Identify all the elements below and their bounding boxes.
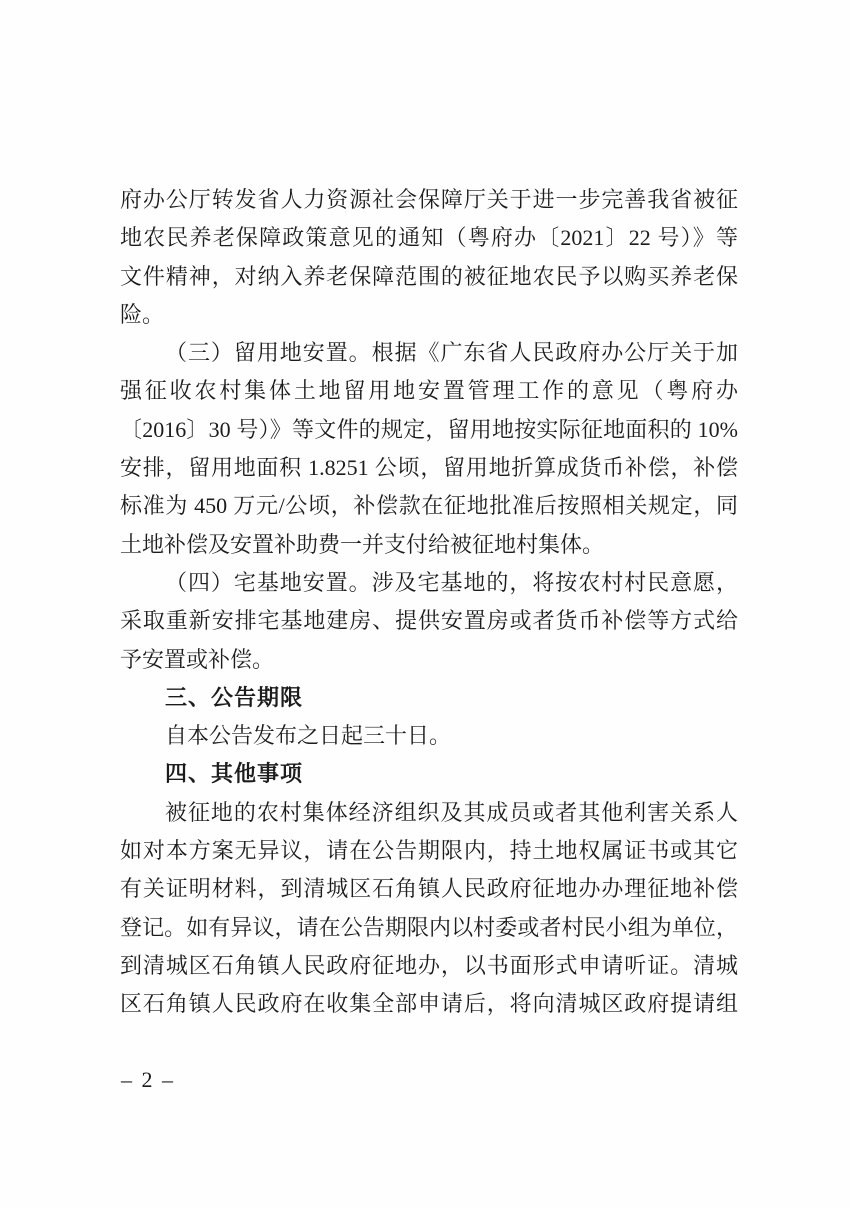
page-number: – 2 – [121,1067,175,1093]
document-body: 府办公厅转发省人力资源社会保障厅关于进一步完善我省被征 地农民养老保障政策意见的… [120,181,738,1024]
document-line: 采取重新安排宅基地建房、提供安置房或者货币补偿等方式给 [120,602,738,640]
document-line: 区石角镇人民政府在收集全部申请后，将向清城区政府提请组 [120,985,738,1023]
document-page: 府办公厅转发省人力资源社会保障厅关于进一步完善我省被征 地农民养老保障政策意见的… [0,0,850,1208]
document-line: 地农民养老保障政策意见的通知（粤府办〔2021〕22 号）》等 [120,219,738,257]
document-line: 文件精神，对纳入养老保障范围的被征地农民予以购买养老保 [120,258,738,296]
document-line: 安排，留用地面积 1.8251 公顷，留用地折算成货币补偿，补偿 [120,449,738,487]
document-line: 被征地的农村集体经济组织及其成员或者其他利害关系人 [120,794,738,832]
document-line: 如对本方案无异议，请在公告期限内，持土地权属证书或其它 [120,832,738,870]
document-line: 强征收农村集体土地留用地安置管理工作的意见（粤府办 [120,372,738,410]
document-line: 府办公厅转发省人力资源社会保障厅关于进一步完善我省被征 [120,181,738,219]
document-line: 登记。如有异议，请在公告期限内以村委或者村民小组为单位， [120,909,738,947]
section-heading-other-matters: 四、其他事项 [120,755,738,793]
document-line: 予安置或补偿。 [120,641,738,679]
document-line: （三）留用地安置。根据《广东省人民政府办公厅关于加 [120,334,738,372]
document-line: 自本公告发布之日起三十日。 [120,717,738,755]
document-line: （四）宅基地安置。涉及宅基地的，将按农村村民意愿， [120,564,738,602]
document-line: 险。 [120,296,738,334]
document-line: 有关证明材料，到清城区石角镇人民政府征地办办理征地补偿 [120,870,738,908]
document-line: 标准为 450 万元/公顷，补偿款在征地批准后按照相关规定，同 [120,487,738,525]
document-line: 到清城区石角镇人民政府征地办，以书面形式申请听证。清城 [120,947,738,985]
document-line: 土地补偿及安置补助费一并支付给被征地村集体。 [120,526,738,564]
section-heading-announcement-period: 三、公告期限 [120,679,738,717]
document-line: 〔2016〕30 号）》等文件的规定，留用地按实际征地面积的 10% [120,411,738,449]
